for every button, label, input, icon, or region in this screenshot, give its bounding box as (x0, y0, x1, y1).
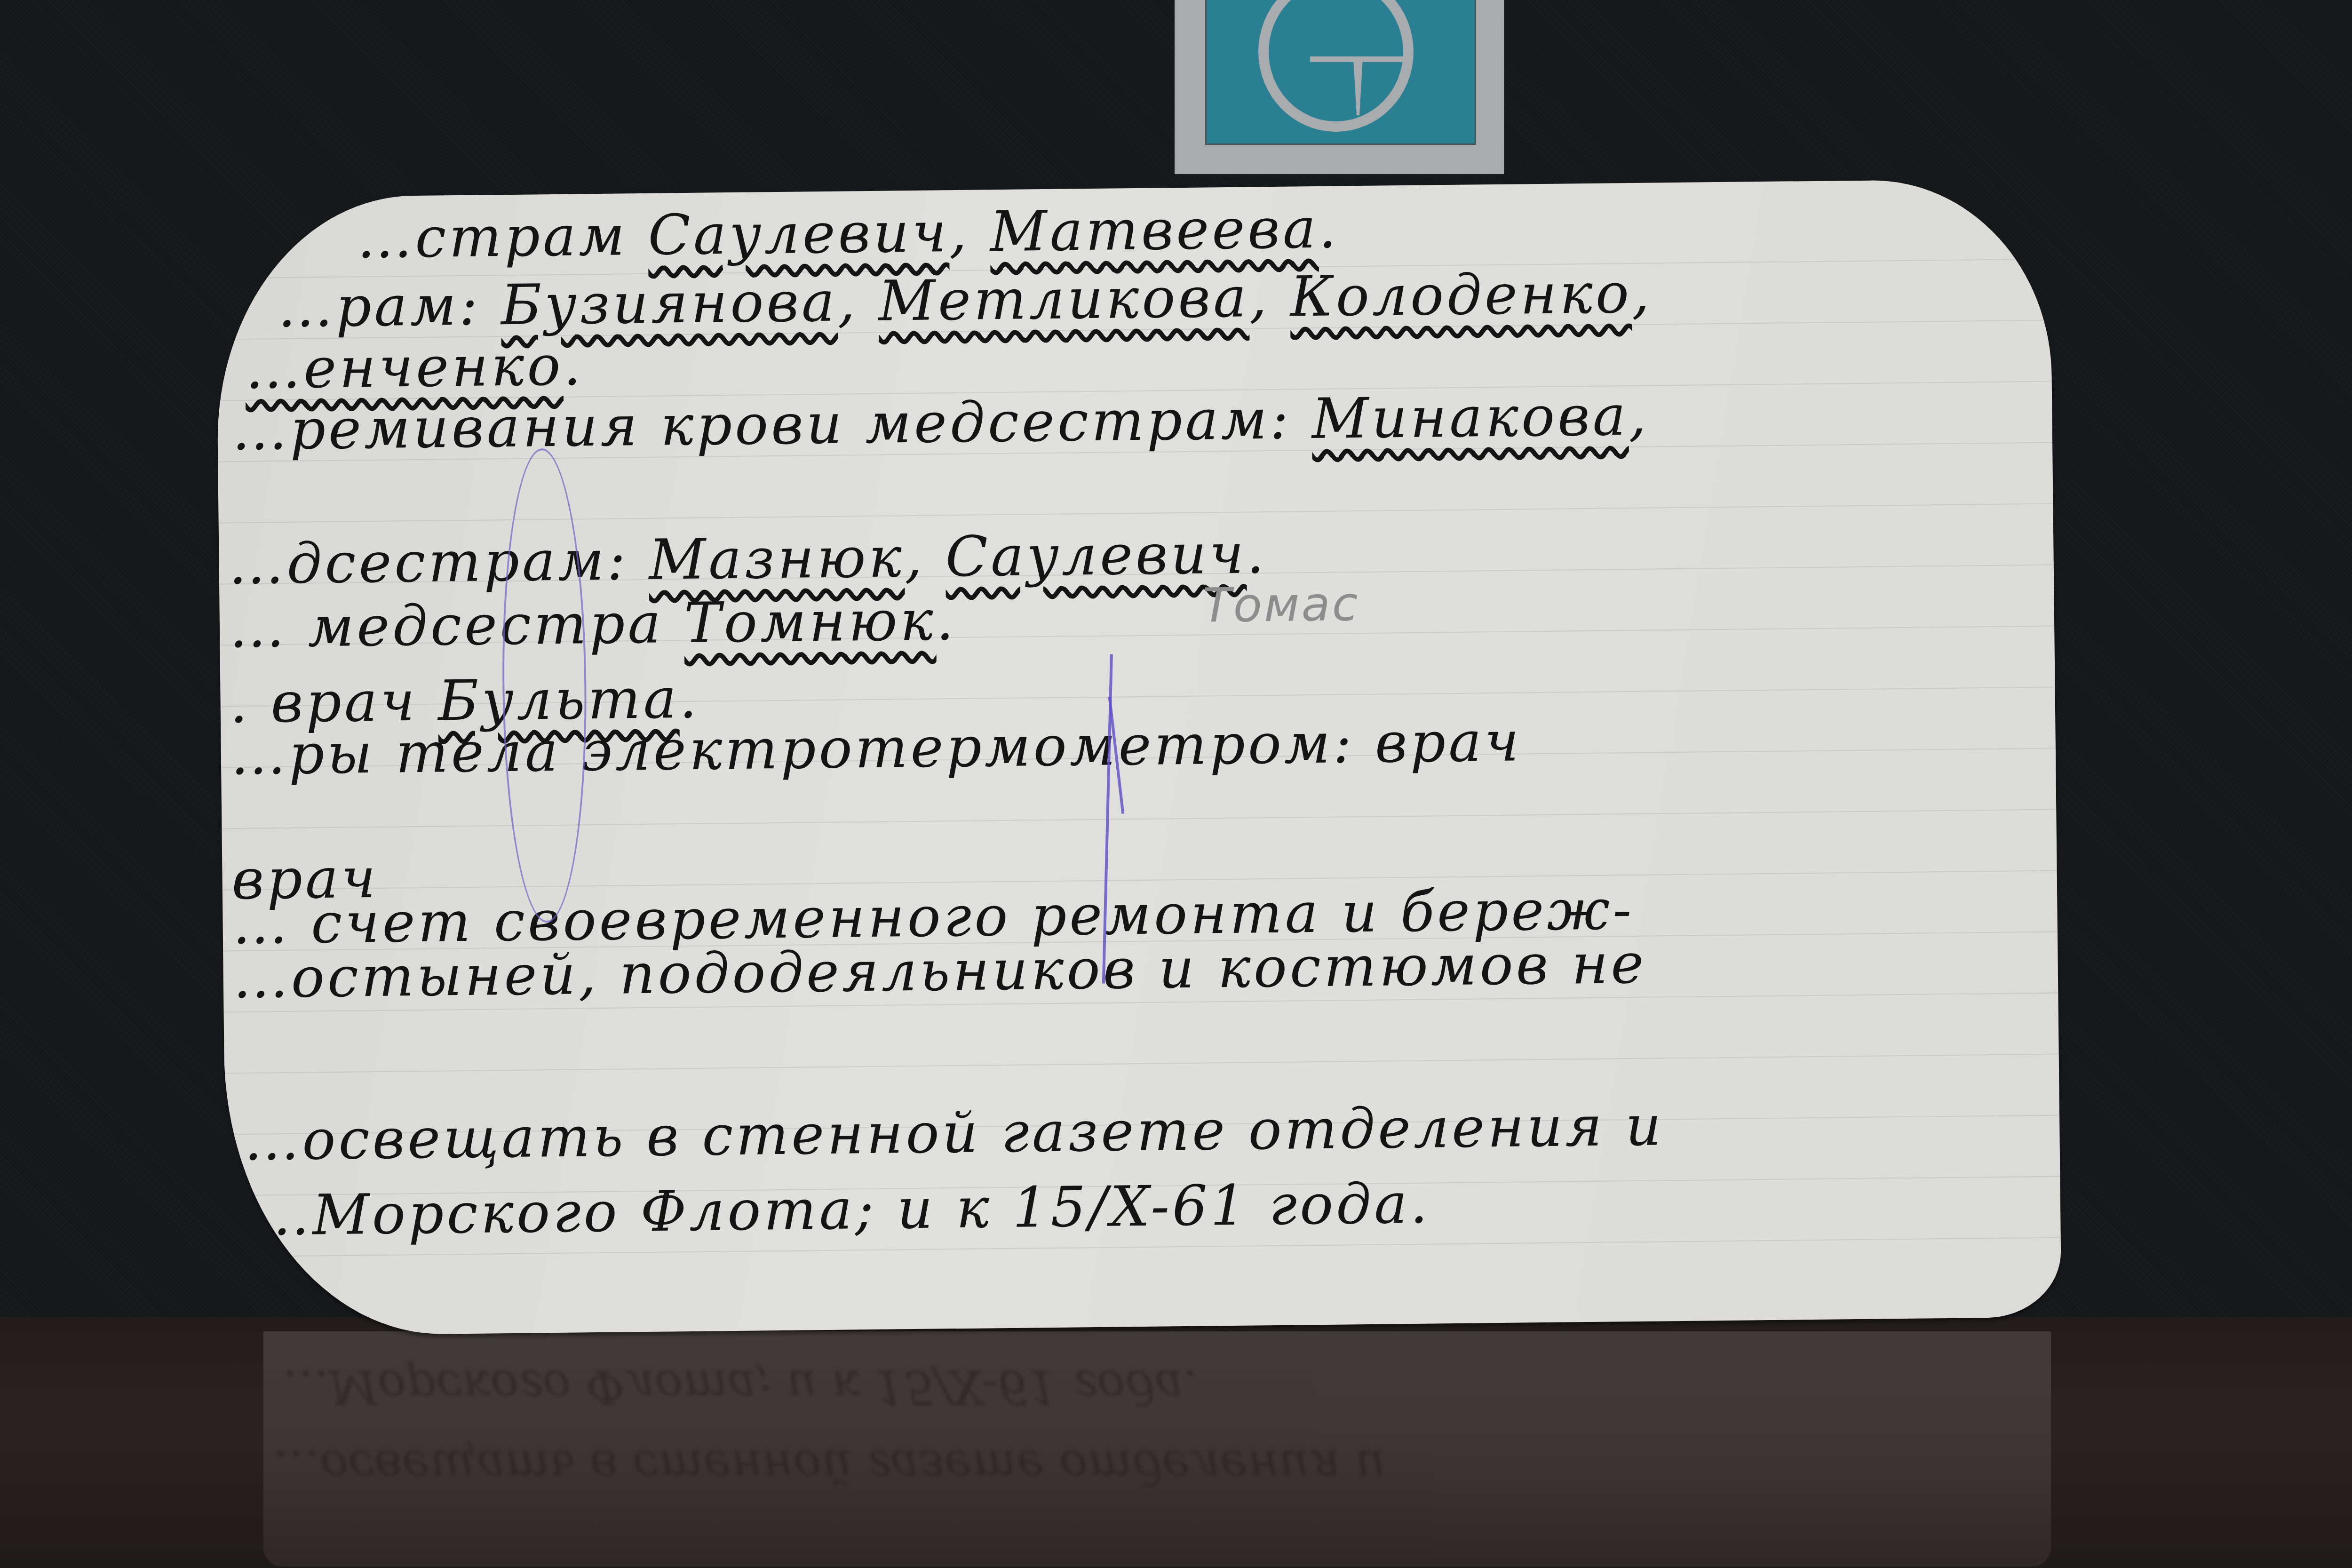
note-line-5: …дсестрам: Мазнюк, Саулевич. (228, 521, 1267, 597)
paper-reflection: …Морского Флота; и к 15/X-61 года. …осве… (263, 1331, 2051, 1567)
line-text: …дсестрам: (228, 527, 649, 597)
separator: , (949, 199, 990, 264)
reflection-line: …Морского Флота; и к 15/X-61 года. (282, 1360, 1198, 1415)
punctuation: , (1628, 383, 1649, 448)
line-text: …ремивания крови медсестрам: (231, 386, 1312, 462)
note-line-2: …рам: Бузиянова, Метликова, Колоденко, (277, 261, 1653, 340)
underlined-name: Мазнюк (648, 525, 905, 592)
punctuation: . (563, 333, 584, 398)
separator: , (904, 524, 946, 589)
handwritten-note-paper: …страм Саулевич, Матвеева. …рам: Бузияно… (215, 179, 2061, 1337)
underlined-name: Матвеева (990, 196, 1319, 264)
note-line-3: …енченко. (245, 333, 584, 401)
pencil-annotation: Томас (1202, 576, 1360, 633)
note-line-13: …Морского Флота; и к 15/X-61 года. (254, 1171, 1430, 1248)
punctuation: . (936, 588, 957, 653)
note-line-6: … медсестра Томнюк. (229, 588, 957, 660)
reflection-line: …освещать в стенной газете отделения и (273, 1440, 1385, 1495)
punctuation: , (1631, 261, 1653, 326)
note-line-1: …страм Саулевич, Матвеева. (357, 195, 1340, 271)
underlined-name: Минакова (1311, 383, 1629, 451)
separator: , (1249, 264, 1290, 330)
punctuation: . (1246, 521, 1267, 586)
underlined-name: Бузиянова (501, 269, 838, 337)
underlined-name: Томнюк (683, 588, 936, 655)
line-text: …рам: (277, 272, 501, 340)
underlined-name: Метликова (878, 264, 1250, 333)
emblem-ring-icon (1258, 0, 1414, 132)
underlined-name: …енченко (245, 333, 564, 401)
line-text: …страм (357, 203, 649, 271)
underlined-name: Саулевич (945, 521, 1247, 589)
emblem-teal-field (1205, 0, 1476, 145)
separator: , (837, 269, 879, 334)
underlined-name: Саулевич (648, 199, 950, 268)
underlined-name: Колоденко (1290, 261, 1632, 329)
note-line-12: …освещать в стенной газете отделения и (244, 1093, 1664, 1173)
line-text: … медсестра (229, 590, 684, 660)
note-line-8: …ры тела электротермометром: врач (230, 708, 1522, 787)
medical-emblem-badge (1175, 0, 1504, 174)
punctuation: . (1318, 195, 1339, 260)
